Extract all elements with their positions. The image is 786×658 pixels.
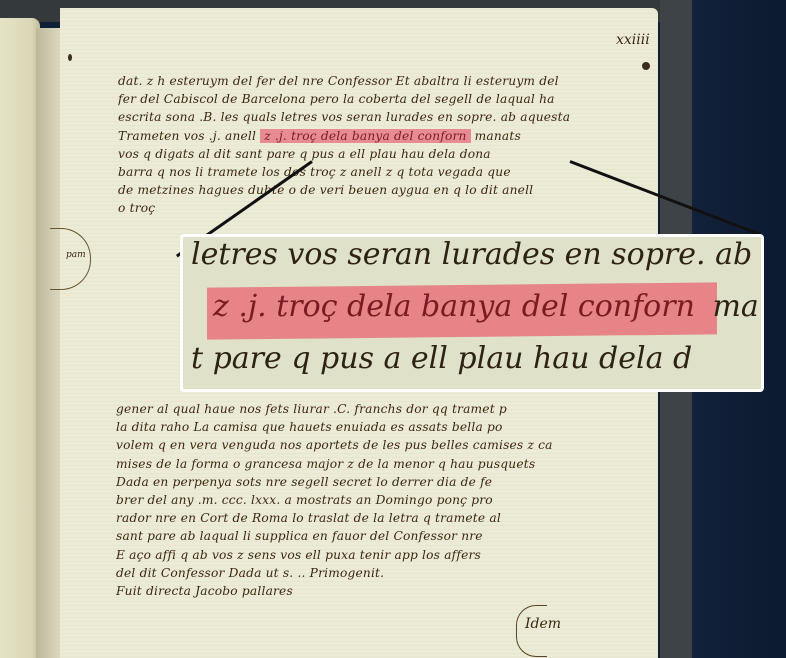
text-line: del dit Confessor Dada ut s. .. Primogen… [116, 564, 636, 582]
text-line: brer del any .m. ccc. lxxx. a mostrats a… [116, 491, 636, 509]
callout-highlighted-phrase: z .j. troç dela banya del conforn [213, 289, 695, 324]
text-line: fer del Cabiscol de Barcelona pero la co… [118, 90, 638, 108]
page-hole [642, 62, 650, 70]
text-block-top: dat. z h esteruym del fer del nre Confes… [118, 72, 638, 218]
left-facing-page [0, 18, 40, 658]
callout-line-highlight[interactable]: z .j. troç dela banya del conforn ma [213, 289, 759, 324]
text-line-highlighted: Trameten vos .j. anell z .j. troç dela b… [118, 127, 638, 145]
signature: Idem [525, 616, 561, 632]
text-line: rador nre en Cort de Roma lo traslat de … [116, 509, 636, 527]
text-block-bottom: gener al qual haue nos fets liurar .C. f… [116, 400, 636, 600]
text-line: o troç [118, 199, 638, 217]
text-line: E aço affi q ab vos z sens vos ell puxa … [116, 546, 636, 564]
text-line-start: Trameten vos .j. anell [118, 129, 256, 143]
text-line: barra q nos li tramete los dos troç z an… [118, 163, 638, 181]
text-line: mises de la forma o grancesa major z de … [116, 455, 636, 473]
folio-number: xxiiii [616, 32, 650, 48]
page-hole [68, 54, 72, 61]
callout-line-below: t pare q pus a ell plau hau dela d [191, 341, 692, 376]
callout-line-suffix: ma [712, 289, 758, 324]
callout-line-above: letres vos seran lurades en sopre. ab aq [191, 237, 764, 272]
text-line: de metzines hagues dubte o de veri beuen… [118, 181, 638, 199]
text-line: sant pare ab laqual li supplica en fauor… [116, 527, 636, 545]
zoom-callout: letres vos seran lurades en sopre. ab aq… [180, 234, 764, 392]
margin-note: pam [66, 250, 86, 260]
text-line: Dada en perpenya sots nre segell secret … [116, 473, 636, 491]
text-line: Fuit directa Jacobo pallares [116, 582, 636, 600]
text-line-end: manats [475, 129, 521, 143]
text-line: escrita sona .B. les quals letres vos se… [118, 108, 638, 126]
text-line: dat. z h esteruym del fer del nre Confes… [118, 72, 638, 90]
text-line: volem q en vera venguda nos aportets de … [116, 436, 636, 454]
text-line: vos q digats al dit sant pare q pus a el… [118, 145, 638, 163]
text-line: la dita raho La camisa que hauets enuiad… [116, 418, 636, 436]
highlighted-phrase[interactable]: z .j. troç dela banya del conforn [260, 129, 470, 143]
text-line: gener al qual haue nos fets liurar .C. f… [116, 400, 636, 418]
